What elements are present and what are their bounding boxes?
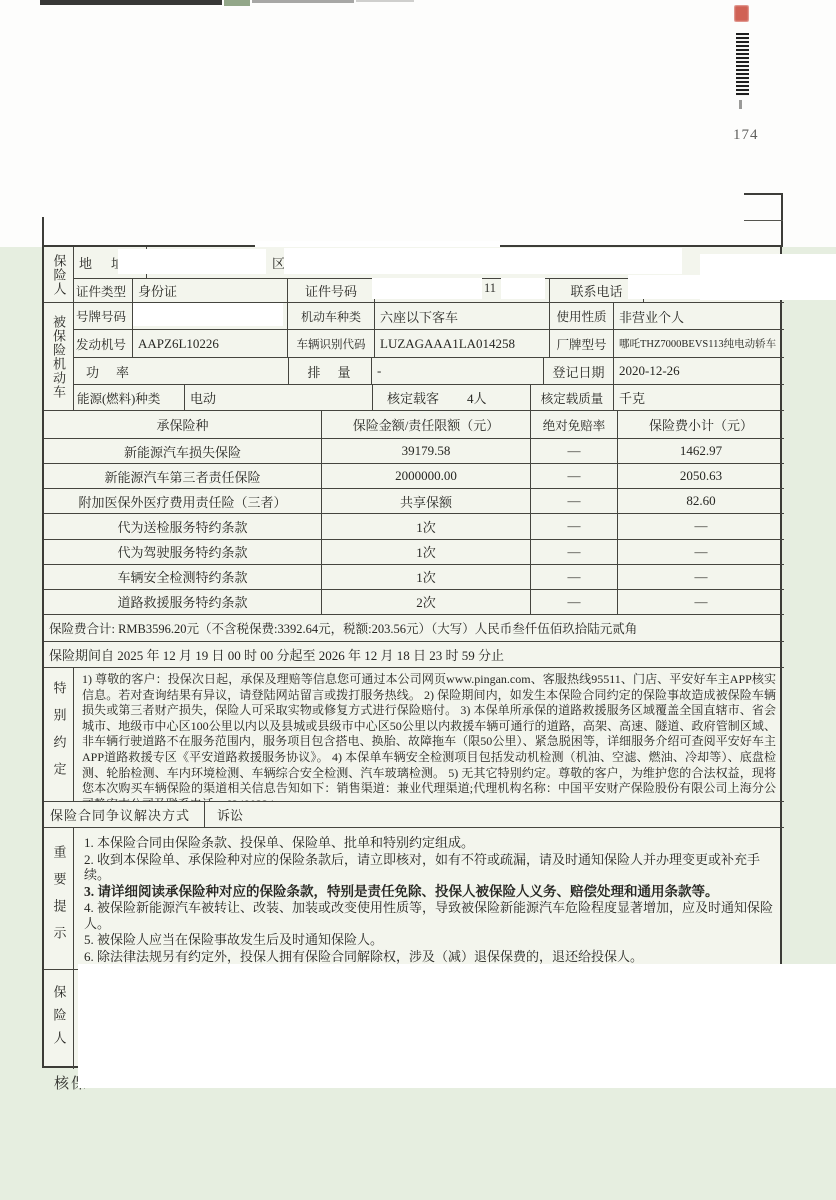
coverage-header-deductible: 绝对免赔率 — [531, 411, 618, 438]
redaction-address-2 — [284, 248, 682, 274]
coverage-amount: 共享保额 — [322, 489, 531, 513]
vehicle-type-value: 六座以下客车 — [375, 303, 550, 329]
brand-value: 哪吒THZ7000BEVS113纯电动轿车 — [614, 330, 784, 357]
vertical-microtext-strip — [736, 33, 749, 96]
load-value: 千克 — [614, 385, 784, 410]
row-power: 功 率 排 量 - 登记日期 2020-12-26 — [74, 358, 784, 385]
side-label-insured-vehicle: 被保险机动车 — [44, 303, 74, 411]
small-mark — [739, 100, 742, 109]
brand-label: 厂牌型号 — [550, 330, 614, 357]
coverage-name: 新能源汽车第三者责任保险 — [44, 464, 322, 488]
redaction-phone-value — [628, 275, 782, 299]
coverage-header-row: 承保险种 保险金额/责任限额（元） 绝对免赔率 保险费小计（元） — [44, 411, 784, 439]
coverage-amount: 2000000.00 — [322, 464, 531, 488]
border-fragment-horizontal-1 — [744, 193, 783, 195]
id-number-label: 证件号码 — [288, 279, 375, 302]
cutoff-text-strip — [40, 0, 222, 5]
vin-label: 车辆识别代码 — [288, 330, 375, 357]
coverage-row: 新能源汽车损失保险 39179.58 — 1462.97 — [44, 439, 784, 464]
side-label-insurer-signature: 保险人 — [44, 970, 74, 1069]
cutoff-smudge-green — [224, 0, 250, 6]
power-label: 功 率 — [74, 358, 289, 384]
coverage-row: 道路救援服务特约条款 2次 — — — [44, 590, 784, 615]
special-agreement-row: 1) 尊敬的客户：投保次日起，承保及理赔等信息您可通过本公司网页www.ping… — [74, 668, 784, 802]
redaction-address-1 — [118, 249, 266, 274]
side-label-important-notice: 重要提示 — [44, 828, 74, 970]
usage-label: 使用性质 — [550, 303, 614, 329]
row-energy: 能源(燃料)种类 电动 核定载客 4人 核定载质量 千克 — [74, 385, 784, 411]
id-type-label: 证件类型 — [74, 279, 133, 302]
seating-label: 核定载客 — [387, 388, 439, 407]
redaction-id-number-left — [372, 278, 482, 299]
coverage-deductible: — — [531, 514, 618, 538]
dispute-value: 诉讼 — [205, 802, 784, 827]
premium-total-text: 保险费合计: RMB3596.20元（不含税保费:3392.64元，税额:203… — [44, 615, 784, 641]
coverage-premium: 2050.63 — [618, 464, 784, 488]
coverage-amount: 1次 — [322, 540, 531, 564]
coverage-premium: 1462.97 — [618, 439, 784, 463]
redaction-plate-number — [133, 303, 283, 326]
coverage-name: 车辆安全检测特约条款 — [44, 565, 322, 589]
coverage-premium: — — [618, 514, 784, 538]
coverage-premium: — — [618, 540, 784, 564]
dispute-row: 保险合同争议解决方式 诉讼 — [44, 802, 784, 828]
red-seal-icon — [734, 5, 749, 22]
coverage-deductible: — — [531, 464, 618, 488]
coverage-header-premium: 保险费小计（元） — [618, 411, 784, 438]
coverage-name: 代为驾驶服务特约条款 — [44, 540, 322, 564]
notice-item-4: 4. 被保险新能源汽车被转让、改装、加装或改变使用性质等，导致被保险新能源汽车危… — [84, 900, 774, 931]
plate-label: 号牌号码 — [74, 303, 133, 329]
dispute-label: 保险合同争议解决方式 — [44, 802, 205, 827]
row-engine: 发动机号 AAPZ6L10226 车辆识别代码 LUZAGAAA1LA01425… — [74, 330, 784, 358]
notice-item-6: 6. 除法律法规另有约定外，投保人拥有保险合同解除权，涉及（减）退保保费的，退还… — [84, 949, 643, 965]
register-date-label: 登记日期 — [544, 358, 614, 384]
coverage-rows: 新能源汽车损失保险 39179.58 — 1462.97 新能源汽车第三者责任保… — [44, 439, 784, 615]
vin-value: LUZAGAAA1LA014258 — [375, 330, 550, 357]
border-fragment-left — [42, 217, 44, 247]
coverage-amount: 1次 — [322, 565, 531, 589]
coverage-row: 车辆安全检测特约条款 1次 — — — [44, 565, 784, 590]
coverage-row: 新能源汽车第三者责任保险 2000000.00 — 2050.63 — [44, 464, 784, 489]
coverage-deductible: — — [531, 590, 618, 614]
side-label-insurer: 保险人 — [44, 247, 74, 303]
seating-value: 4人 — [467, 388, 487, 407]
coverage-deductible: — — [531, 489, 618, 513]
premium-total-row: 保险费合计: RMB3596.20元（不含税保费:3392.64元，税额:203… — [44, 615, 784, 642]
coverage-row: 附加医保外医疗费用责任险（三者） 共享保额 — 82.60 — [44, 489, 784, 514]
coverage-header-name: 承保险种 — [44, 411, 322, 438]
load-label: 核定载质量 — [531, 385, 614, 410]
coverage-deductible: — — [531, 540, 618, 564]
notice-item-5: 5. 被保险人应当在保险事故发生后及时通知保险人。 — [84, 932, 383, 948]
engine-label: 发动机号 — [74, 330, 133, 357]
engine-value: AAPZ6L10226 — [133, 330, 288, 357]
displacement-label: 排 量 — [289, 358, 372, 384]
coverage-premium: 82.60 — [618, 489, 784, 513]
coverage-header-amount: 保险金额/责任限额（元） — [322, 411, 531, 438]
redaction-bottom-block — [78, 964, 836, 1088]
register-date-value: 2020-12-26 — [614, 358, 784, 384]
notice-item-2: 2. 收到本保险单、承保险种对应的保险条款后，请立即核对，如有不符或疏漏，请及时… — [84, 852, 774, 883]
policy-period-text: 保险期间自 2025 年 12 月 19 日 00 时 00 分起至 2026 … — [44, 642, 784, 667]
policy-table: 保险人 被保险机动车 特别约定 重要提示 保险人 地 址 区 证件类型 身份证 … — [42, 245, 782, 1068]
coverage-name: 新能源汽车损失保险 — [44, 439, 322, 463]
border-fragment-horizontal-2 — [744, 220, 783, 221]
page-number: 174 — [733, 127, 759, 144]
cutoff-text-strip-faint — [252, 0, 354, 3]
seating-cell: 核定载客 4人 — [373, 385, 531, 410]
coverage-name: 道路救援服务特约条款 — [44, 590, 322, 614]
coverage-amount: 39179.58 — [322, 439, 531, 463]
coverage-name: 代为送检服务特约条款 — [44, 514, 322, 538]
policy-period-row: 保险期间自 2025 年 12 月 19 日 00 时 00 分起至 2026 … — [44, 642, 784, 668]
coverage-deductible: — — [531, 439, 618, 463]
redaction-id-number-right — [501, 278, 545, 299]
notice-item-1: 1. 本保险合同由保险条款、投保单、保险单、批单和特别约定组成。 — [84, 835, 474, 851]
coverage-name: 附加医保外医疗费用责任险（三者） — [44, 489, 322, 513]
coverage-amount: 1次 — [322, 514, 531, 538]
energy-value: 电动 — [185, 385, 373, 410]
usage-value: 非营业个人 — [614, 303, 784, 329]
policy-document-page: 174 保险人 被保险机动车 特别约定 重要提示 保险人 地 址 区 证件类型 … — [0, 0, 836, 1200]
coverage-premium: — — [618, 565, 784, 589]
coverage-amount: 2次 — [322, 590, 531, 614]
coverage-premium: — — [618, 590, 784, 614]
coverage-deductible: — — [531, 565, 618, 589]
vehicle-type-label: 机动车种类 — [288, 303, 375, 329]
side-label-special-agreement: 特别约定 — [44, 668, 74, 802]
top-white-margin — [0, 0, 836, 247]
displacement-value: - — [372, 358, 544, 384]
coverage-row: 代为送检服务特约条款 1次 — — — [44, 514, 784, 539]
redaction-top-border-gap — [255, 241, 500, 247]
energy-label: 能源(燃料)种类 — [74, 385, 185, 410]
special-agreement-text: 1) 尊敬的客户：投保次日起，承保及理赔等信息您可通过本公司网页www.ping… — [74, 668, 784, 801]
important-notice-row: 1. 本保险合同由保险条款、投保单、保险单、批单和特别约定组成。 2. 收到本保… — [74, 828, 784, 970]
important-notice-body: 1. 本保险合同由保险条款、投保单、保险单、批单和特别约定组成。 2. 收到本保… — [74, 828, 784, 969]
cutoff-text-strip-fainter — [356, 0, 414, 2]
notice-item-3: 3. 请详细阅读承保险种对应的保险条款，特别是责任免除、投保人被保险人义务、赔偿… — [84, 884, 719, 900]
id-number-visible-digits: 11 — [484, 281, 496, 296]
coverage-row: 代为驾驶服务特约条款 1次 — — — [44, 540, 784, 565]
id-type-value: 身份证 — [133, 279, 288, 302]
